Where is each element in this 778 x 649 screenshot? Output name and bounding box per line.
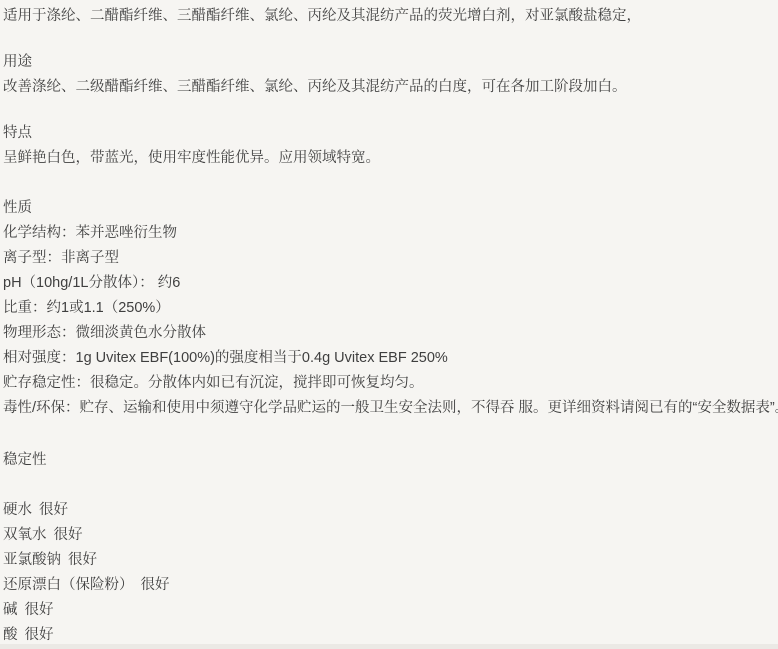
stability-rating: 很好 [68, 552, 97, 568]
stability-rating: 很好 [25, 602, 54, 618]
stability-rating: 很好 [141, 577, 170, 593]
stability-agent: 碱 [3, 602, 18, 618]
stability-row: 碱很好 [3, 598, 776, 623]
stability-agent: 酸 [3, 627, 18, 643]
section-heading-stability: 稳定性 [3, 448, 776, 473]
product-description-document: 适用于涤纶、二醋酯纤维、三醋酯纤维、氯纶、丙纶及其混纺产品的荧光增白剂，对亚氯酸… [0, 0, 778, 648]
section-features: 特点 呈鲜艳白色，带蓝光，使用牢度性能优异。应用领域特宽。 [3, 121, 776, 171]
stability-agent: 双氧水 [3, 527, 47, 543]
stability-agent: 亚氯酸钠 [3, 552, 61, 568]
section-gap [3, 100, 776, 121]
intro-paragraph: 适用于涤纶、二醋酯纤维、三醋酯纤维、氯纶、丙纶及其混纺产品的荧光增白剂，对亚氯酸… [3, 4, 776, 29]
property-line-chemical-structure: 化学结构：苯并恶唑衍生物 [3, 221, 776, 246]
stability-rating: 很好 [39, 502, 68, 518]
features-body: 呈鲜艳白色，带蓝光，使用牢度性能优异。应用领域特宽。 [3, 146, 776, 171]
property-line-storage-stability: 贮存稳定性：很稳定。分散体内如已有沉淀，搅拌即可恢复均匀。 [3, 371, 776, 396]
stability-agent: 还原漂白（保险粉） [3, 577, 134, 593]
section-heading-usage: 用途 [3, 50, 776, 75]
usage-body: 改善涤纶、二级醋酯纤维、三醋酯纤维、氯纶、丙纶及其混纺产品的白度，可在各加工阶段… [3, 75, 776, 100]
section-gap [3, 171, 776, 196]
section-properties: 性质 化学结构：苯并恶唑衍生物 离子型：非离子型 pH（10hg/1L分散体）：… [3, 196, 776, 421]
stability-row: 还原漂白（保险粉）很好 [3, 573, 776, 598]
stability-rating: 很好 [25, 627, 54, 643]
property-line-physical-form: 物理形态：微细淡黄色水分散体 [3, 321, 776, 346]
section-gap [3, 473, 776, 498]
section-stability: 稳定性 硬水很好 双氧水很好 亚氯酸钠很好 还原漂白（保险粉）很好 碱很好 酸很… [3, 448, 776, 648]
stability-row: 亚氯酸钠很好 [3, 548, 776, 573]
section-heading-features: 特点 [3, 121, 776, 146]
section-gap [3, 421, 776, 448]
stability-row: 双氧水很好 [3, 523, 776, 548]
stability-row: 硬水很好 [3, 498, 776, 523]
page-bottom-strip [0, 644, 778, 649]
section-gap [3, 29, 776, 50]
property-line-toxicity: 毒性/环保：贮存、运输和使用中须遵守化学品贮运的一般卫生安全法则，不得吞 服。更… [3, 396, 776, 421]
section-usage: 用途 改善涤纶、二级醋酯纤维、三醋酯纤维、氯纶、丙纶及其混纺产品的白度，可在各加… [3, 50, 776, 100]
section-heading-properties: 性质 [3, 196, 776, 221]
property-line-specific-gravity: 比重：约1或1.1（250%） [3, 296, 776, 321]
stability-rating: 很好 [54, 527, 83, 543]
property-line-ionicity: 离子型：非离子型 [3, 246, 776, 271]
property-line-relative-strength: 相对强度：1g Uvitex EBF(100%)的强度相当于0.4g Uvite… [3, 346, 776, 371]
stability-agent: 硬水 [3, 502, 32, 518]
property-line-ph: pH（10hg/1L分散体）： 约6 [3, 271, 776, 296]
